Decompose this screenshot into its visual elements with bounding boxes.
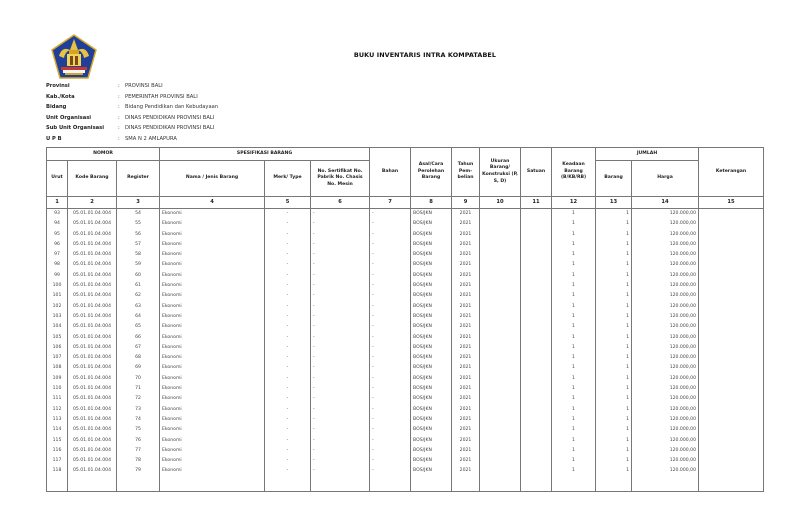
cell-harga: 120.000,00 <box>632 456 699 466</box>
cell-keterangan <box>699 333 764 343</box>
cell-asal: BOS/JKN <box>411 374 452 384</box>
cell-bahan: - <box>370 466 411 476</box>
bali-province-emblem-icon <box>50 34 98 82</box>
cell-kode: 05.01.01.04.004 <box>68 466 117 476</box>
cell-kode: 05.01.01.04.004 <box>68 302 117 312</box>
column-number: 11 <box>521 197 552 209</box>
cell-urut: 100 <box>47 281 68 291</box>
cell-merk: - <box>265 374 311 384</box>
header-register: Register <box>117 161 160 197</box>
column-number: 10 <box>480 197 521 209</box>
cell-harga: 120.000,00 <box>632 250 699 260</box>
cell-ukuran <box>480 446 521 456</box>
cell-sertifikat: - <box>311 291 370 301</box>
cell-register: 73 <box>117 405 160 415</box>
cell-keadaan: 1 <box>552 363 596 373</box>
table-row: 9905.01.01.04.00460Ekonomi---BOS/JKN2021… <box>47 271 764 281</box>
cell-tahun: 2021 <box>452 219 480 229</box>
cell-bahan: - <box>370 353 411 363</box>
table-row: 10605.01.01.04.00467Ekonomi---BOS/JKN202… <box>47 343 764 353</box>
cell-asal: BOS/JKN <box>411 415 452 425</box>
empty-cell <box>370 477 411 492</box>
cell-urut: 113 <box>47 415 68 425</box>
cell-ukuran <box>480 260 521 270</box>
cell-keterangan <box>699 374 764 384</box>
cell-nama: Ekonomi <box>160 343 265 353</box>
cell-barang: 1 <box>596 230 632 240</box>
cell-kode: 05.01.01.04.004 <box>68 436 117 446</box>
meta-colon: : <box>118 134 125 145</box>
cell-keterangan <box>699 384 764 394</box>
cell-keadaan: 1 <box>552 405 596 415</box>
cell-keterangan <box>699 415 764 425</box>
cell-asal: BOS/JKN <box>411 394 452 404</box>
cell-sertifikat: - <box>311 281 370 291</box>
cell-tahun: 2021 <box>452 415 480 425</box>
cell-sertifikat: - <box>311 219 370 229</box>
cell-keadaan: 1 <box>552 436 596 446</box>
cell-barang: 1 <box>596 250 632 260</box>
cell-urut: 116 <box>47 446 68 456</box>
cell-ukuran <box>480 374 521 384</box>
cell-keadaan: 1 <box>552 230 596 240</box>
column-number: 6 <box>311 197 370 209</box>
header-jumlah-barang: Barang <box>596 161 632 197</box>
table-row: 9305.01.01.04.00454Ekonomi---BOS/JKN2021… <box>47 209 764 220</box>
table-row: 10905.01.01.04.00470Ekonomi---BOS/JKN202… <box>47 374 764 384</box>
cell-keterangan <box>699 466 764 476</box>
cell-keadaan: 1 <box>552 415 596 425</box>
cell-nama: Ekonomi <box>160 446 265 456</box>
cell-sertifikat: - <box>311 425 370 435</box>
cell-nama: Ekonomi <box>160 456 265 466</box>
inventory-table: NOMOR SPESIFIKASI BARANG Bahan Asal/Cara… <box>46 147 764 492</box>
cell-keterangan <box>699 209 764 220</box>
cell-satuan <box>521 219 552 229</box>
cell-register: 64 <box>117 312 160 322</box>
header-harga: Harga <box>632 161 699 197</box>
cell-asal: BOS/JKN <box>411 322 452 332</box>
cell-asal: BOS/JKN <box>411 343 452 353</box>
meta-colon: : <box>118 102 125 113</box>
cell-sertifikat: - <box>311 394 370 404</box>
cell-urut: 107 <box>47 353 68 363</box>
cell-urut: 98 <box>47 260 68 270</box>
cell-ukuran <box>480 353 521 363</box>
cell-register: 55 <box>117 219 160 229</box>
cell-ukuran <box>480 291 521 301</box>
cell-bahan: - <box>370 209 411 220</box>
cell-sertifikat: - <box>311 250 370 260</box>
table-row: 10205.01.01.04.00463Ekonomi---BOS/JKN202… <box>47 302 764 312</box>
cell-asal: BOS/JKN <box>411 302 452 312</box>
cell-tahun: 2021 <box>452 250 480 260</box>
cell-keterangan <box>699 343 764 353</box>
cell-bahan: - <box>370 291 411 301</box>
cell-register: 68 <box>117 353 160 363</box>
cell-ukuran <box>480 209 521 220</box>
cell-tahun: 2021 <box>452 466 480 476</box>
cell-merk: - <box>265 456 311 466</box>
cell-keadaan: 1 <box>552 240 596 250</box>
cell-asal: BOS/JKN <box>411 456 452 466</box>
cell-merk: - <box>265 230 311 240</box>
cell-barang: 1 <box>596 240 632 250</box>
cell-keterangan <box>699 446 764 456</box>
cell-sertifikat: - <box>311 353 370 363</box>
cell-sertifikat: - <box>311 415 370 425</box>
cell-urut: 108 <box>47 363 68 373</box>
cell-barang: 1 <box>596 260 632 270</box>
cell-satuan <box>521 384 552 394</box>
table-row: 10805.01.01.04.00469Ekonomi---BOS/JKN202… <box>47 363 764 373</box>
cell-ukuran <box>480 394 521 404</box>
cell-register: 62 <box>117 291 160 301</box>
cell-merk: - <box>265 363 311 373</box>
table-row: 10705.01.01.04.00468Ekonomi---BOS/JKN202… <box>47 353 764 363</box>
cell-asal: BOS/JKN <box>411 250 452 260</box>
cell-tahun: 2021 <box>452 333 480 343</box>
cell-register: 74 <box>117 415 160 425</box>
cell-kode: 05.01.01.04.004 <box>68 291 117 301</box>
cell-bahan: - <box>370 250 411 260</box>
cell-urut: 110 <box>47 384 68 394</box>
cell-sertifikat: - <box>311 230 370 240</box>
cell-harga: 120.000,00 <box>632 436 699 446</box>
cell-nama: Ekonomi <box>160 384 265 394</box>
cell-ukuran <box>480 456 521 466</box>
table-row: 10505.01.01.04.00466Ekonomi---BOS/JKN202… <box>47 333 764 343</box>
cell-tahun: 2021 <box>452 291 480 301</box>
cell-satuan <box>521 333 552 343</box>
cell-kode: 05.01.01.04.004 <box>68 333 117 343</box>
cell-asal: BOS/JKN <box>411 466 452 476</box>
cell-kode: 05.01.01.04.004 <box>68 240 117 250</box>
cell-sertifikat: - <box>311 374 370 384</box>
cell-register: 78 <box>117 456 160 466</box>
cell-sertifikat: - <box>311 466 370 476</box>
meta-value: DINAS PENDIDIKAN PROVINSI BALI <box>125 123 214 134</box>
cell-urut: 118 <box>47 466 68 476</box>
header-asal-perolehan: Asal/Cara Perolehan Barang <box>411 148 452 197</box>
cell-sertifikat: - <box>311 363 370 373</box>
cell-asal: BOS/JKN <box>411 446 452 456</box>
cell-asal: BOS/JKN <box>411 209 452 220</box>
cell-keterangan <box>699 219 764 229</box>
meta-row: Bidang:Bidang Pendidikan dan Kebudayaan <box>46 102 218 113</box>
meta-label: Bidang <box>46 102 118 113</box>
column-number: 13 <box>596 197 632 209</box>
table-row: 11505.01.01.04.00476Ekonomi---BOS/JKN202… <box>47 436 764 446</box>
empty-cell <box>411 477 452 492</box>
column-number: 2 <box>68 197 117 209</box>
cell-urut: 105 <box>47 333 68 343</box>
table-row: 11005.01.01.04.00471Ekonomi---BOS/JKN202… <box>47 384 764 394</box>
cell-barang: 1 <box>596 281 632 291</box>
empty-cell <box>160 477 265 492</box>
empty-cell <box>632 477 699 492</box>
cell-ukuran <box>480 250 521 260</box>
cell-nama: Ekonomi <box>160 240 265 250</box>
cell-harga: 120.000,00 <box>632 240 699 250</box>
meta-colon: : <box>118 123 125 134</box>
cell-harga: 120.000,00 <box>632 291 699 301</box>
header-bahan: Bahan <box>370 148 411 197</box>
cell-keterangan <box>699 425 764 435</box>
cell-barang: 1 <box>596 209 632 220</box>
cell-keterangan <box>699 312 764 322</box>
cell-urut: 104 <box>47 322 68 332</box>
cell-satuan <box>521 322 552 332</box>
cell-merk: - <box>265 425 311 435</box>
cell-barang: 1 <box>596 374 632 384</box>
table-row: 11605.01.01.04.00477Ekonomi---BOS/JKN202… <box>47 446 764 456</box>
cell-merk: - <box>265 250 311 260</box>
cell-nama: Ekonomi <box>160 333 265 343</box>
header-nomor: NOMOR <box>47 148 160 161</box>
cell-asal: BOS/JKN <box>411 425 452 435</box>
cell-satuan <box>521 302 552 312</box>
cell-kode: 05.01.01.04.004 <box>68 260 117 270</box>
meta-colon: : <box>118 92 125 103</box>
table-row: 9805.01.01.04.00459Ekonomi---BOS/JKN2021… <box>47 260 764 270</box>
cell-asal: BOS/JKN <box>411 312 452 322</box>
cell-nama: Ekonomi <box>160 405 265 415</box>
cell-bahan: - <box>370 271 411 281</box>
cell-satuan <box>521 209 552 220</box>
header-satuan: Satuan <box>521 148 552 197</box>
cell-merk: - <box>265 466 311 476</box>
meta-label: U P B <box>46 134 118 145</box>
cell-bahan: - <box>370 446 411 456</box>
cell-sertifikat: - <box>311 456 370 466</box>
cell-nama: Ekonomi <box>160 209 265 220</box>
document-title: BUKU INVENTARIS INTRA KOMPATABEL <box>300 51 550 59</box>
cell-bahan: - <box>370 394 411 404</box>
cell-keterangan <box>699 363 764 373</box>
cell-keterangan <box>699 405 764 415</box>
cell-tahun: 2021 <box>452 343 480 353</box>
cell-nama: Ekonomi <box>160 415 265 425</box>
cell-keadaan: 1 <box>552 281 596 291</box>
empty-cell <box>699 477 764 492</box>
cell-satuan <box>521 436 552 446</box>
cell-keadaan: 1 <box>552 260 596 270</box>
cell-harga: 120.000,00 <box>632 209 699 220</box>
cell-barang: 1 <box>596 446 632 456</box>
cell-nama: Ekonomi <box>160 374 265 384</box>
cell-barang: 1 <box>596 333 632 343</box>
cell-keterangan <box>699 230 764 240</box>
table-row: 10305.01.01.04.00464Ekonomi---BOS/JKN202… <box>47 312 764 322</box>
meta-value: Bidang Pendidikan dan Kebudayaan <box>125 102 218 113</box>
cell-asal: BOS/JKN <box>411 230 452 240</box>
cell-barang: 1 <box>596 456 632 466</box>
meta-value: DINAS PENDIDIKAN PROVINSI BALI <box>125 113 214 124</box>
empty-cell <box>265 477 311 492</box>
cell-kode: 05.01.01.04.004 <box>68 271 117 281</box>
cell-tahun: 2021 <box>452 425 480 435</box>
cell-ukuran <box>480 271 521 281</box>
cell-bahan: - <box>370 436 411 446</box>
cell-asal: BOS/JKN <box>411 291 452 301</box>
cell-nama: Ekonomi <box>160 363 265 373</box>
cell-barang: 1 <box>596 384 632 394</box>
cell-tahun: 2021 <box>452 240 480 250</box>
cell-keterangan <box>699 302 764 312</box>
cell-barang: 1 <box>596 343 632 353</box>
cell-sertifikat: - <box>311 312 370 322</box>
cell-urut: 106 <box>47 343 68 353</box>
cell-sertifikat: - <box>311 209 370 220</box>
cell-satuan <box>521 281 552 291</box>
cell-satuan <box>521 374 552 384</box>
cell-satuan <box>521 343 552 353</box>
meta-label: Provinsi <box>46 81 118 92</box>
cell-urut: 114 <box>47 425 68 435</box>
header-merk-type: Merk/ Type <box>265 161 311 197</box>
cell-merk: - <box>265 343 311 353</box>
meta-label: Kab./Kota <box>46 92 118 103</box>
cell-asal: BOS/JKN <box>411 436 452 446</box>
table-row: 9405.01.01.04.00455Ekonomi---BOS/JKN2021… <box>47 219 764 229</box>
cell-harga: 120.000,00 <box>632 374 699 384</box>
cell-tahun: 2021 <box>452 456 480 466</box>
cell-urut: 93 <box>47 209 68 220</box>
cell-keadaan: 1 <box>552 384 596 394</box>
cell-harga: 120.000,00 <box>632 322 699 332</box>
cell-merk: - <box>265 353 311 363</box>
meta-row: Provinsi:PROVINSI BALI <box>46 81 218 92</box>
cell-bahan: - <box>370 302 411 312</box>
cell-keadaan: 1 <box>552 425 596 435</box>
cell-keadaan: 1 <box>552 333 596 343</box>
cell-merk: - <box>265 209 311 220</box>
cell-urut: 94 <box>47 219 68 229</box>
column-number: 4 <box>160 197 265 209</box>
cell-asal: BOS/JKN <box>411 384 452 394</box>
cell-satuan <box>521 271 552 281</box>
cell-harga: 120.000,00 <box>632 312 699 322</box>
cell-urut: 117 <box>47 456 68 466</box>
cell-ukuran <box>480 219 521 229</box>
cell-ukuran <box>480 384 521 394</box>
cell-register: 76 <box>117 436 160 446</box>
cell-ukuran <box>480 322 521 332</box>
header-spesifikasi-barang: SPESIFIKASI BARANG <box>160 148 370 161</box>
cell-kode: 05.01.01.04.004 <box>68 394 117 404</box>
column-number: 7 <box>370 197 411 209</box>
cell-harga: 120.000,00 <box>632 353 699 363</box>
cell-sertifikat: - <box>311 302 370 312</box>
cell-keterangan <box>699 291 764 301</box>
meta-label: Unit Organisasi <box>46 113 118 124</box>
cell-satuan <box>521 240 552 250</box>
cell-harga: 120.000,00 <box>632 415 699 425</box>
cell-tahun: 2021 <box>452 230 480 240</box>
cell-keterangan <box>699 322 764 332</box>
cell-kode: 05.01.01.04.004 <box>68 446 117 456</box>
cell-nama: Ekonomi <box>160 260 265 270</box>
header-jumlah: JUMLAH <box>596 148 699 161</box>
cell-urut: 102 <box>47 302 68 312</box>
cell-ukuran <box>480 466 521 476</box>
cell-merk: - <box>265 333 311 343</box>
cell-register: 67 <box>117 343 160 353</box>
header-kode-barang: Kode Barang <box>68 161 117 197</box>
cell-merk: - <box>265 271 311 281</box>
cell-ukuran <box>480 405 521 415</box>
cell-keadaan: 1 <box>552 312 596 322</box>
cell-urut: 95 <box>47 230 68 240</box>
cell-keadaan: 1 <box>552 353 596 363</box>
cell-register: 77 <box>117 446 160 456</box>
cell-keterangan <box>699 353 764 363</box>
cell-tahun: 2021 <box>452 209 480 220</box>
cell-sertifikat: - <box>311 271 370 281</box>
cell-keadaan: 1 <box>552 394 596 404</box>
cell-merk: - <box>265 240 311 250</box>
cell-kode: 05.01.01.04.004 <box>68 219 117 229</box>
cell-barang: 1 <box>596 363 632 373</box>
cell-satuan <box>521 446 552 456</box>
cell-harga: 120.000,00 <box>632 333 699 343</box>
empty-cell <box>311 477 370 492</box>
cell-asal: BOS/JKN <box>411 353 452 363</box>
cell-asal: BOS/JKN <box>411 405 452 415</box>
cell-nama: Ekonomi <box>160 394 265 404</box>
cell-asal: BOS/JKN <box>411 271 452 281</box>
meta-colon: : <box>118 81 125 92</box>
cell-nama: Ekonomi <box>160 250 265 260</box>
cell-urut: 99 <box>47 271 68 281</box>
cell-harga: 120.000,00 <box>632 363 699 373</box>
cell-harga: 120.000,00 <box>632 384 699 394</box>
header-keterangan: Keterangan <box>699 148 764 197</box>
cell-keadaan: 1 <box>552 291 596 301</box>
cell-register: 75 <box>117 425 160 435</box>
cell-kode: 05.01.01.04.004 <box>68 374 117 384</box>
cell-register: 63 <box>117 302 160 312</box>
cell-register: 69 <box>117 363 160 373</box>
cell-urut: 97 <box>47 250 68 260</box>
cell-keadaan: 1 <box>552 250 596 260</box>
cell-nama: Ekonomi <box>160 230 265 240</box>
header-ukuran-barang: Ukuran Barang/ Konstruksi (P, S, D) <box>480 148 521 197</box>
cell-register: 60 <box>117 271 160 281</box>
cell-keadaan: 1 <box>552 374 596 384</box>
cell-keterangan <box>699 250 764 260</box>
cell-nama: Ekonomi <box>160 271 265 281</box>
cell-nama: Ekonomi <box>160 436 265 446</box>
cell-ukuran <box>480 240 521 250</box>
cell-ukuran <box>480 312 521 322</box>
table-row: 9705.01.01.04.00458Ekonomi---BOS/JKN2021… <box>47 250 764 260</box>
column-number: 9 <box>452 197 480 209</box>
cell-bahan: - <box>370 405 411 415</box>
cell-urut: 103 <box>47 312 68 322</box>
cell-satuan <box>521 230 552 240</box>
cell-keadaan: 1 <box>552 219 596 229</box>
cell-bahan: - <box>370 240 411 250</box>
cell-satuan <box>521 394 552 404</box>
cell-barang: 1 <box>596 466 632 476</box>
column-number-row: 123456789101112131415 <box>47 197 764 209</box>
cell-register: 79 <box>117 466 160 476</box>
cell-kode: 05.01.01.04.004 <box>68 425 117 435</box>
cell-harga: 120.000,00 <box>632 405 699 415</box>
cell-tahun: 2021 <box>452 281 480 291</box>
